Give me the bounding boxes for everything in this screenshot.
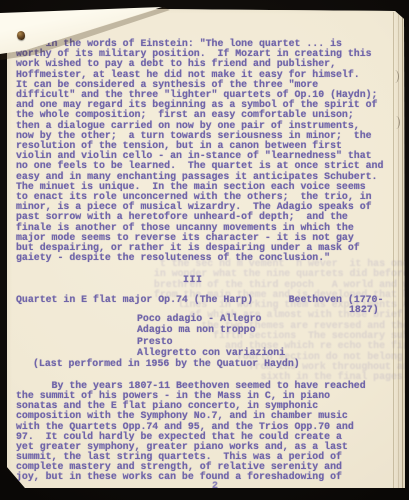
text-line: joy, but in these works can be found a f… [16,472,366,482]
last-performed-note: (Last performed in 1956 by the Quatuor H… [33,358,300,369]
movement-item: Poco adagio - Allegro [137,313,285,324]
program-page: t the sec nd m vement h wever it has one… [0,0,409,500]
stacked-page-edge [398,12,399,500]
page-number: 2 [212,480,218,491]
stacked-page-edge [393,12,394,500]
composer-dates-continued: 1827) [349,304,379,315]
margin-mark [394,116,400,129]
movement-item: Adagio ma non troppo [137,324,285,335]
essay-paragraph-beethoven: By the years 1807-11 Beethoven seemed to… [16,381,366,483]
section-numeral: III [183,274,203,285]
movement-item: Allegretto con variazioni [137,347,285,358]
essay-paragraph-mozart: than in the words of Einstein: "The lone… [16,39,383,263]
movement-item: Presto [137,336,285,347]
work-title-and-composer: Quartet in E flat major Op.74 (The Harp)… [16,294,383,305]
photo-of-program-page: t the sec nd m vement h wever it has one… [0,0,409,500]
brass-fastener [17,31,25,40]
movement-list: Poco adagio - AllegroAdagio ma non tropp… [137,313,285,358]
stacked-page-edge [402,12,403,500]
text-line: gaiety - despite the resoluteness of the… [16,253,383,263]
